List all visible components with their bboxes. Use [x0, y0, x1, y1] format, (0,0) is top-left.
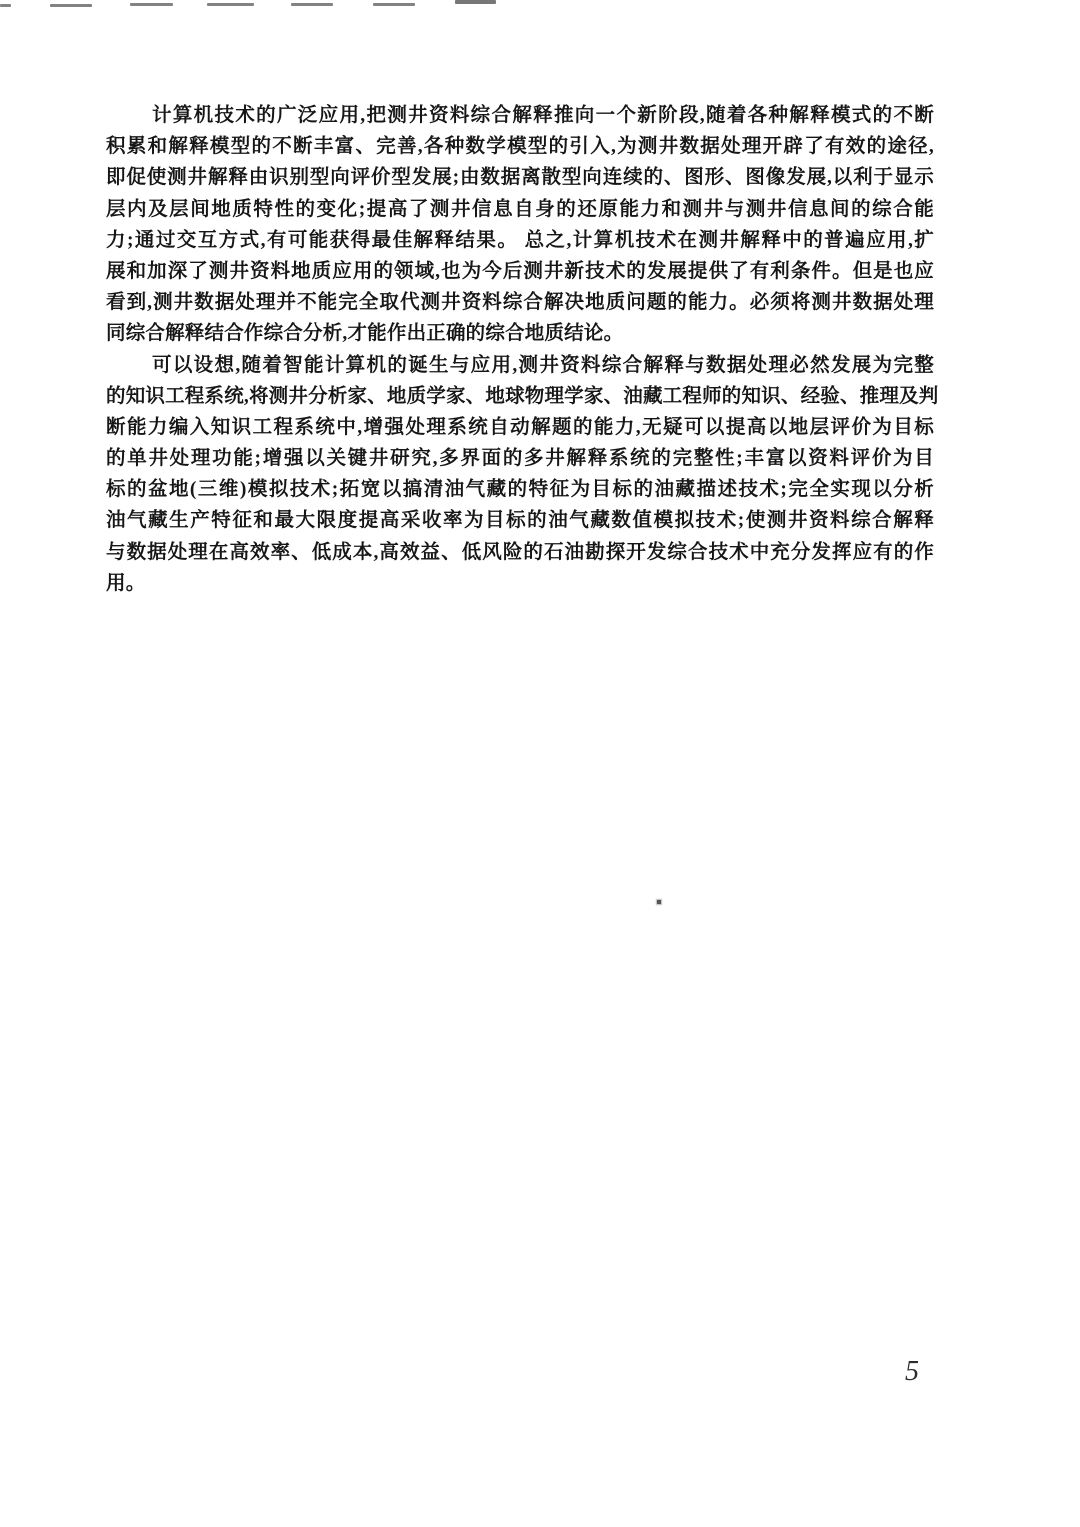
scan-artifact-dash — [291, 3, 333, 6]
paragraph-line: 的单井处理功能;增强以关键井研究,多界面的多井解释系统的完整性;丰富以资料评价为… — [106, 443, 934, 474]
page-number: 5 — [900, 1356, 924, 1388]
paragraph-line: 可以设想,随着智能计算机的诞生与应用,测井资料综合解释与数据处理必然发展为完整 — [106, 350, 934, 381]
paragraph-line: 展和加深了测井资料地质应用的领域,也为今后测井新技术的发展提供了有利条件。但是也… — [106, 256, 934, 287]
paragraph-line: 层内及层间地质特性的变化;提高了测井信息自身的还原能力和测井与测井信息间的综合能 — [106, 194, 934, 225]
page-text: 计算机技术的广泛应用,把测井资料综合解释推向一个新阶段,随着各种解释模式的不断 … — [106, 100, 934, 599]
paragraph-line: 标的盆地(三维)模拟技术;拓宽以搞清油气藏的特征为目标的油藏描述技术;完全实现以… — [106, 474, 934, 505]
scan-artifact-dash — [50, 4, 92, 7]
paragraph-line: 与数据处理在高效率、低成本,高效益、低风险的石油勘探开发综合技术中充分发挥应有的… — [106, 537, 934, 568]
scan-artifact-speck — [657, 900, 661, 904]
paragraph-line: 计算机技术的广泛应用,把测井资料综合解释推向一个新阶段,随着各种解释模式的不断 — [106, 100, 934, 131]
scan-artifact-dash — [130, 3, 173, 6]
paragraph-line: 同综合解释结合作综合分析,才能作出正确的综合地质结论。 — [106, 318, 934, 349]
paragraph-line: 油气藏生产特征和最大限度提高采收率为目标的油气藏数值模拟技术;使测井资料综合解释 — [106, 505, 934, 536]
scan-artifact-dash — [373, 3, 415, 6]
scan-artifact-dash — [0, 4, 11, 7]
paragraph-line: 即促使测井解释由识别型向评价型发展;由数据离散型向连续的、图形、图像发展,以利于… — [106, 162, 934, 193]
paragraph-line: 看到,测井数据处理并不能完全取代测井资料综合解决地质问题的能力。必须将测井数据处… — [106, 287, 934, 318]
paragraph-line: 用。 — [106, 568, 934, 599]
scan-artifact-dash — [455, 0, 496, 4]
paragraph-line: 断能力编入知识工程系统中,增强处理系统自动解题的能力,无疑可以提高以地层评价为目… — [106, 412, 934, 443]
scan-artifact-dash — [207, 3, 254, 6]
paragraph-line: 的知识工程系统,将测井分析家、地质学家、地球物理学家、油藏工程师的知识、经验、推… — [106, 381, 934, 412]
scanned-document-page: 计算机技术的广泛应用,把测井资料综合解释推向一个新阶段,随着各种解释模式的不断 … — [0, 0, 1080, 1527]
paragraph-line: 积累和解释模型的不断丰富、完善,各种数学模型的引入,为测井数据处理开辟了有效的途… — [106, 131, 934, 162]
paragraph-line: 力;通过交互方式,有可能获得最佳解释结果。 总之,计算机技术在测井解释中的普遍应… — [106, 225, 934, 256]
